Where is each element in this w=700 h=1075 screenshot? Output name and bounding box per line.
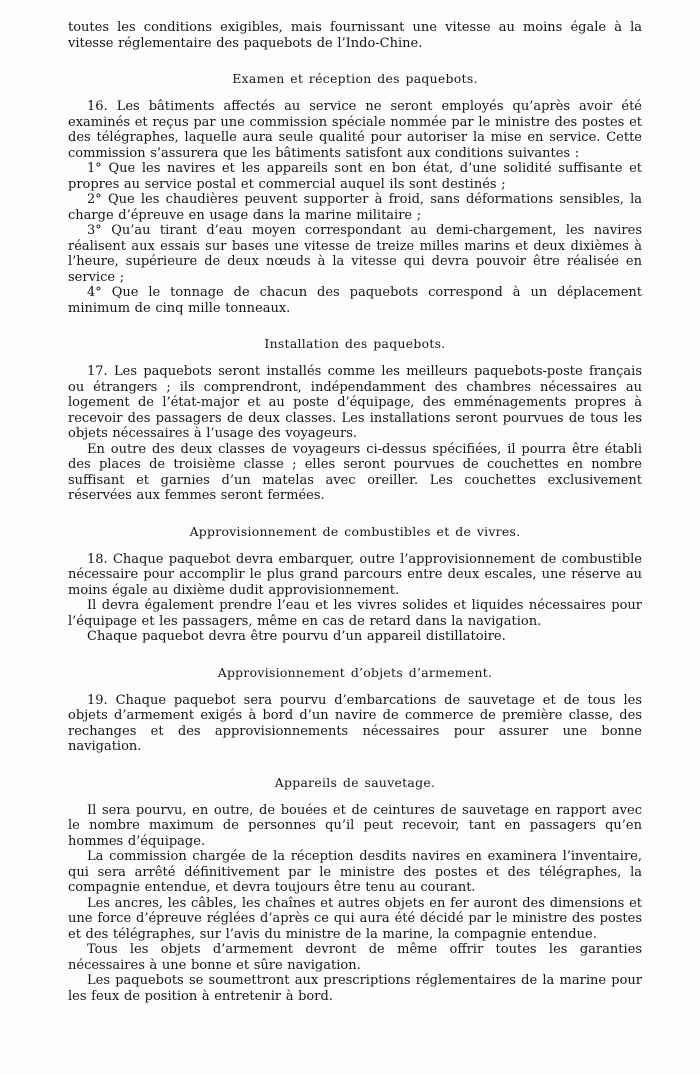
sauvetage-paragraph-1: Il sera pourvu, en outre, de bouées et d… — [68, 803, 642, 850]
article-19: 19. Chaque paquebot sera pourvu d’embarc… — [68, 693, 642, 755]
heading-installation: Installation des paquebots. — [68, 336, 642, 351]
sauvetage-paragraph-5: Les paquebots se soumettront aux prescri… — [68, 973, 642, 1004]
article-17-continuation: En outre des deux classes de voyageurs c… — [68, 442, 642, 504]
article-18-continuation-2: Chaque paquebot devra être pourvu d’un a… — [68, 629, 642, 645]
sauvetage-paragraph-2: La commission chargée de la réception de… — [68, 849, 642, 896]
heading-combustibles-vivres: Approvisionnement de combustibles et de … — [68, 524, 642, 539]
article-16-item-3: 3° Qu’au tirant d’eau moyen correspondan… — [68, 223, 642, 285]
continuation-paragraph: toutes les conditions exigibles, mais fo… — [68, 20, 642, 51]
article-17: 17. Les paquebots seront installés comme… — [68, 364, 642, 442]
article-16-item-4: 4° Que le tonnage de chacun des paquebot… — [68, 285, 642, 316]
sauvetage-paragraph-3: Les ancres, les câbles, les chaînes et a… — [68, 896, 642, 943]
article-18: 18. Chaque paquebot devra embarquer, out… — [68, 552, 642, 599]
heading-objets-armement: Approvisionnement d’objets d’armement. — [68, 665, 642, 680]
article-16: 16. Les bâtiments affectés au service ne… — [68, 99, 642, 161]
heading-examen-reception: Examen et réception des paquebots. — [68, 71, 642, 86]
scanned-document-page: toutes les conditions exigibles, mais fo… — [0, 0, 700, 1075]
article-16-item-1: 1° Que les navires et les appareils sont… — [68, 161, 642, 192]
heading-appareils-sauvetage: Appareils de sauvetage. — [68, 775, 642, 790]
article-18-continuation-1: Il devra également prendre l’eau et les … — [68, 598, 642, 629]
sauvetage-paragraph-4: Tous les objets d’armement devront de mê… — [68, 942, 642, 973]
article-16-item-2: 2° Que les chaudières peuvent supporter … — [68, 192, 642, 223]
